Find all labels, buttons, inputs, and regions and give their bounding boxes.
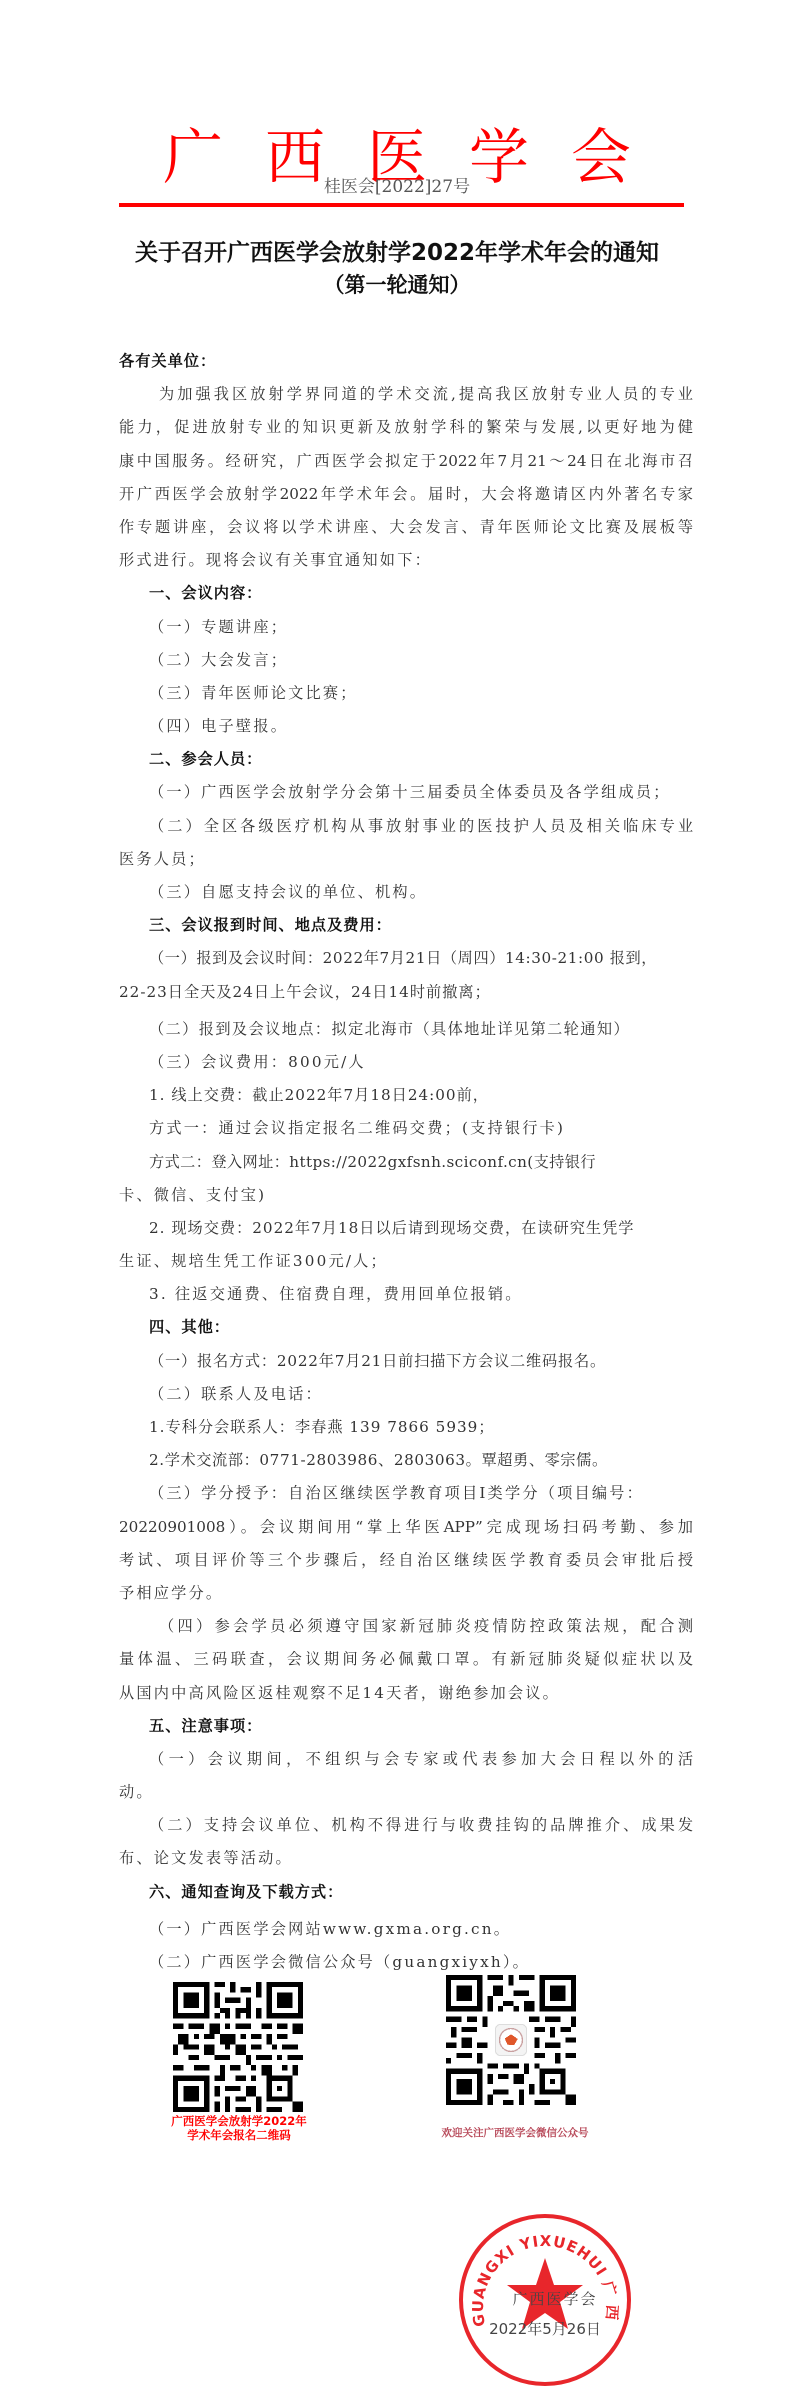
caption-line: 广西医学会放射学2022年 — [160, 2114, 318, 2128]
section-line: （一）广西医学会放射学分会第十三届委员全体委员及各学组成员； — [119, 776, 693, 809]
section-line: 予相应学分。 — [119, 1577, 693, 1610]
section-line: 2. 现场交费：2022年7月18日以后请到现场交费，在读研究生凭学 — [119, 1212, 693, 1245]
section-heading-attendees: 二、参会人员： — [119, 743, 693, 776]
section-line: （二）联系人及电话： — [119, 1378, 693, 1411]
section-line: 卡、微信、支付宝) — [119, 1179, 693, 1212]
section-line: （二）全区各级医疗机构从事放射事业的医技护人员及相关临床专业 — [119, 810, 693, 843]
contact-line: 1.专科分会联系人：李春燕 139 7866 5939； — [119, 1411, 693, 1444]
section-line: （三）学分授予：自治区继续医学教育项目I类学分（项目编号： — [119, 1477, 693, 1510]
section-line: （四）参会学员必须遵守国家新冠肺炎疫情防控政策法规，配合测 — [119, 1610, 693, 1643]
intro-line: 开广西医学会放射学2022年学术年会。届时，大会将邀请区内外著名专家 — [119, 478, 693, 511]
section-heading-content: 一、会议内容： — [119, 577, 693, 610]
intro-line: 形式进行。现将会议有关事宜通知如下： — [119, 544, 693, 577]
section-line: 布、论文发表等活动。 — [119, 1842, 693, 1875]
section-line: （三）自愿支持会议的单位、机构。 — [119, 876, 693, 909]
section-line: 1. 线上交费：截止2022年7月18日24:00前， — [119, 1079, 693, 1112]
section-line: 生证、规培生凭工作证300元/人； — [119, 1245, 693, 1278]
website-link-line[interactable]: （一）广西医学会网站www.gxma.org.cn。 — [119, 1913, 693, 1946]
registration-qr-caption: 广西医学会放射学2022年 学术年会报名二维码 — [160, 2114, 318, 2142]
section-heading-other: 四、其他： — [119, 1311, 693, 1344]
section-line: （一）报到及会议时间：2022年7月21日（周四）14:30-21:00 报到， — [119, 942, 693, 975]
registration-qr-code[interactable] — [172, 1982, 304, 2112]
document-number: 桂医会[2022]27号 — [0, 175, 794, 199]
section-heading-notes: 五、注意事项： — [119, 1710, 693, 1743]
section-line: 方式二：登入网址：https://2022gxfsnh.sciconf.cn(支… — [119, 1146, 693, 1179]
wechat-account-line: （二）广西医学会微信公众号（guangxiyxh）。 — [119, 1946, 693, 1979]
wechat-qr-caption: 欢迎关注广西医学会微信公众号 — [430, 2126, 600, 2140]
intro-line: 作专题讲座，会议将以学术讲座、大会发言、青年医师论文比赛及展板等 — [119, 511, 693, 544]
intro-line: 康中国服务。经研究，广西医学会拟定于2022年7月21～24日在北海市召 — [119, 445, 693, 478]
qr-code-icon — [172, 1982, 304, 2112]
notice-body: 各有关单位： 为加强我区放射学界同道的学术交流,提高我区放射专业人员的专业 能力… — [119, 345, 693, 1979]
section-line: （一）报名方式：2022年7月21日前扫描下方会议二维码报名。 — [119, 1345, 693, 1378]
qr-code-icon — [446, 1974, 576, 2106]
section-line: （一）专题讲座； — [119, 611, 693, 644]
section-line: 医务人员； — [119, 843, 693, 876]
section-line: 从国内中高风险区返桂观察不足14天者，谢绝参加会议。 — [119, 1677, 693, 1710]
section-line: 20220901008）。会议期间用“掌上华医APP”完成现场扫码考勤、参加 — [119, 1511, 693, 1544]
caption-line: 学术年会报名二维码 — [160, 2128, 318, 2142]
section-line: 方式一：通过会议指定报名二维码交费；(支持银行卡) — [119, 1112, 693, 1145]
section-line: 考试、项目评价等三个步骤后，经自治区继续医学教育委员会审批后授 — [119, 1544, 693, 1577]
section-line: （三）青年医师论文比赛； — [119, 677, 693, 710]
intro-line: 为加强我区放射学界同道的学术交流,提高我区放射专业人员的专业 — [119, 378, 693, 411]
section-line: （二）支持会议单位、机构不得进行与收费挂钩的品牌推介、成果发 — [119, 1809, 693, 1842]
section-line: （二）大会发言； — [119, 644, 693, 677]
section-heading-time-place-fee: 三、会议报到时间、地点及费用： — [119, 909, 693, 942]
signature-date: 2022年5月26日 — [470, 2318, 620, 2339]
intro-line: 能力，促进放射专业的知识更新及放射学科的繁荣与发展,以更好地为健 — [119, 411, 693, 444]
page-title: 关于召开广西医学会放射学2022年学术年会的通知 — [0, 238, 794, 268]
section-line: 3. 往返交通费、住宿费自理，费用回单位报销。 — [119, 1278, 693, 1311]
page-subtitle: （第一轮通知） — [0, 270, 794, 300]
wechat-qr-code[interactable] — [446, 1974, 576, 2106]
letterhead-divider — [119, 203, 684, 207]
section-line: （二）报到及会议地点：拟定北海市（具体地址详见第二轮通知） — [119, 1013, 693, 1046]
section-line: （三）会议费用：800元/人 — [119, 1046, 693, 1079]
salutation: 各有关单位： — [119, 345, 693, 378]
section-heading-download: 六、通知查询及下载方式： — [119, 1876, 693, 1909]
section-line: 动。 — [119, 1776, 693, 1809]
signature-org: 广西医学会 — [485, 2288, 625, 2309]
contact-line: 2.学术交流部：0771-2803986、2803063。覃超勇、零宗儒。 — [119, 1444, 693, 1477]
section-line: 量体温、三码联查，会议期间务必佩戴口罩。有新冠肺炎疑似症状以及 — [119, 1643, 693, 1676]
section-line: 22-23日全天及24日上午会议，24日14时前撤离； — [119, 976, 693, 1009]
section-line: （四）电子壁报。 — [119, 710, 693, 743]
section-line: （一）会议期间，不组织与会专家或代表参加大会日程以外的活 — [119, 1743, 693, 1776]
